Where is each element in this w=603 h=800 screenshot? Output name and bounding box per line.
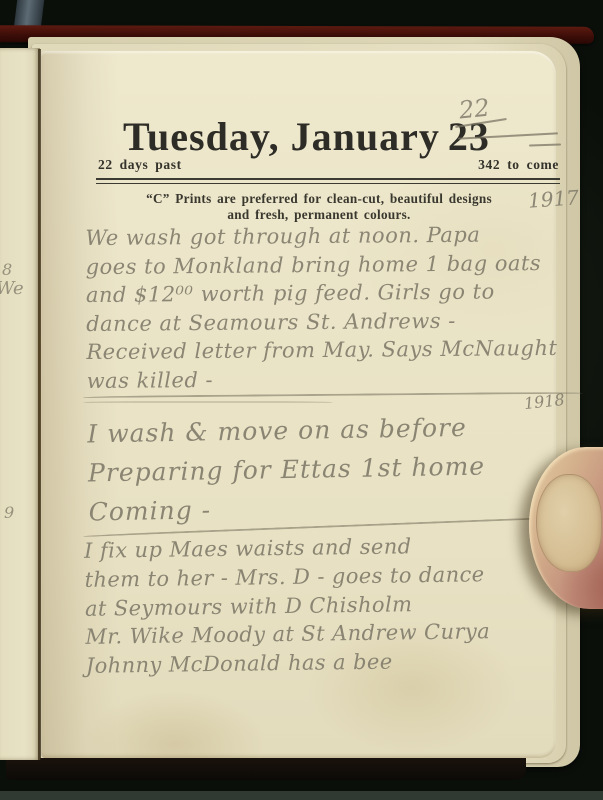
entry-line: Johnny McDonald has a bee bbox=[86, 646, 491, 680]
entry-line: We wash got through at noon. Papa bbox=[85, 220, 556, 253]
days-to-come-label: 342 to come bbox=[413, 157, 559, 173]
pencil-divider-1918-double bbox=[83, 401, 333, 404]
entry-line: Mr. Wike Moody at St Andrew Curya bbox=[85, 618, 490, 652]
book-cover-bottom bbox=[6, 758, 526, 780]
entry-line: goes to Monkland bring home 1 bag oats bbox=[86, 248, 557, 281]
printed-advert: “C” Prints are preferred for clean-cut, … bbox=[109, 191, 529, 222]
diary-photo: 8 We 9 Tuesday, January23 22 22 days pas… bbox=[0, 0, 603, 800]
entry-line: them to her - Mrs. D - goes to dance bbox=[84, 560, 489, 594]
title-date-text: Tuesday, January bbox=[123, 114, 440, 159]
entry-1918: I wash & move on as before Preparing for… bbox=[87, 408, 486, 532]
header-rule-bottom bbox=[96, 183, 560, 184]
handwritten-day-correction: 22 bbox=[458, 93, 491, 124]
year-label-1917: 1917 bbox=[527, 185, 579, 212]
page-title: Tuesday, January23 bbox=[123, 113, 490, 160]
header-rule-top bbox=[96, 178, 560, 180]
facing-page-sliver: 8 We 9 bbox=[0, 48, 40, 760]
thumb-nail bbox=[536, 474, 602, 572]
margin-note: 9 bbox=[4, 503, 14, 522]
advert-line-2: and fresh, permanent colours. bbox=[109, 207, 529, 223]
entry-1917: We wash got through at noon. Papa goes t… bbox=[85, 220, 558, 395]
entry-line: was killed - bbox=[87, 362, 558, 395]
table-surface bbox=[0, 791, 603, 800]
margin-note: We bbox=[0, 278, 24, 299]
entry-line: and $12⁰⁰ worth pig feed. Girls go to bbox=[86, 277, 557, 310]
entry-line: Preparing for Ettas 1st home bbox=[88, 447, 486, 493]
advert-line-1: “C” Prints are preferred for clean-cut, … bbox=[109, 191, 529, 207]
diary-page: Tuesday, January23 22 22 days past 342 t… bbox=[41, 51, 556, 758]
entry-line: Received letter from May. Says McNaught bbox=[86, 334, 557, 367]
entry-1919: I fix up Maes waists and send them to he… bbox=[84, 531, 491, 681]
margin-note: 8 bbox=[2, 260, 12, 279]
entry-line: dance at Seamours St. Andrews - bbox=[86, 305, 557, 338]
days-past-label: 22 days past bbox=[98, 157, 182, 173]
